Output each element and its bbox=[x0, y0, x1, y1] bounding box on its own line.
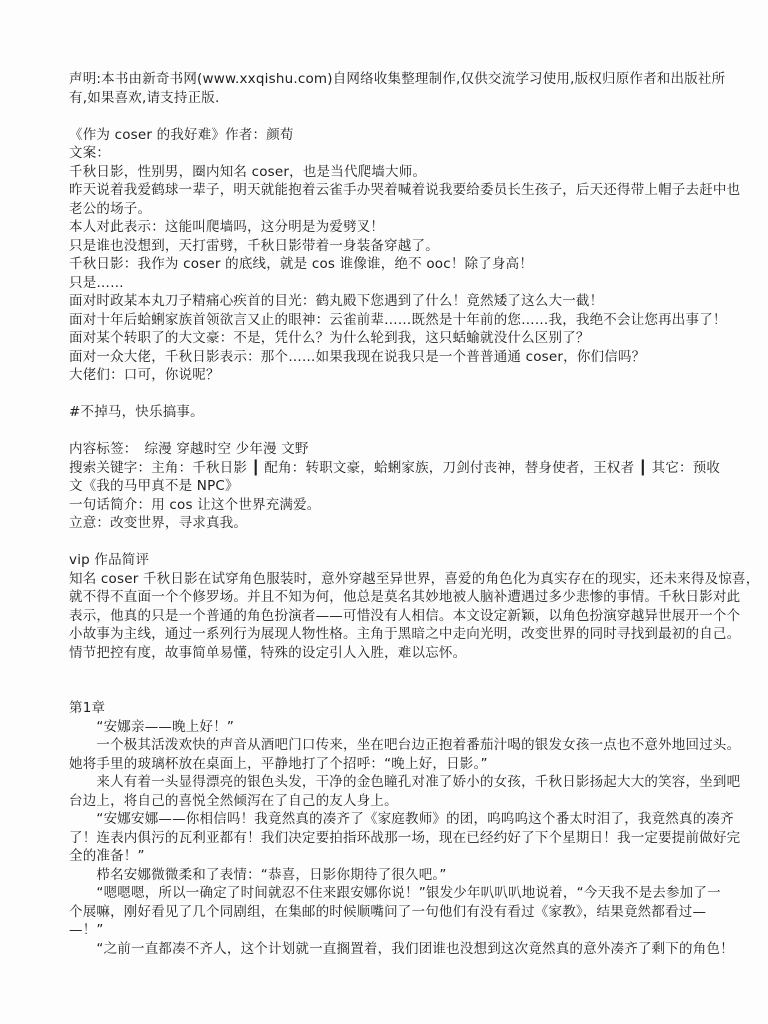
text-line: 千秋日影，性别男，圈内知名 coser，也是当代爬墙大师。 bbox=[69, 163, 714, 182]
section-chapter-1: 第1章 “安娜亲——晚上好！” 一个极其活泼欢快的声音从酒吧门口传来，坐在吧台边… bbox=[69, 699, 714, 958]
section-gap-1 bbox=[69, 107, 714, 126]
text-line: 只是…… bbox=[69, 274, 714, 293]
section-vip-review: vip 作品简评知名 coser 千秋日影在试穿角色服装时，意外穿越至异世界，喜… bbox=[69, 551, 714, 662]
section-gap-4 bbox=[69, 533, 714, 552]
text-line bbox=[69, 422, 714, 441]
text-line: 《作为 coser 的我好难》作者：颜荀 bbox=[69, 126, 714, 145]
text-line: “嗯嗯嗯，所以一确定了时间就忍不住来跟安娜你说！”银发少年叭叭叭地说着，“今天我… bbox=[69, 884, 714, 903]
text-line: 立意：改变世界，寻求真我。 bbox=[69, 514, 714, 533]
text-line: 她将手里的玻璃杯放在桌面上，平静地打了个招呼：“晚上好，日影。” bbox=[69, 755, 714, 774]
section-synopsis: 文案：千秋日影，性别男，圈内知名 coser，也是当代爬墙大师。昨天说着我爱鹤球… bbox=[69, 144, 714, 385]
text-line: 千秋日影：我作为 coser 的底线，就是 cos 谁像谁，绝不 ooc！除了身… bbox=[69, 255, 714, 274]
text-line bbox=[69, 681, 714, 700]
text-line bbox=[69, 385, 714, 404]
text-line: 就不得不直面一个个修罗场。并且不知为何，他总是莫名其妙地被人脑补遭遇过多少悲惨的… bbox=[69, 588, 714, 607]
text-line: 一句话简介：用 cos 让这个世界充满爱。 bbox=[69, 496, 714, 515]
text-line: 面对一众大佬，千秋日影表示：那个……如果我现在说我只是一个普普通通 coser，… bbox=[69, 348, 714, 367]
document-text: 声明:本书由新奇书网(www.xxqishu.com)自网络收集整理制作,仅供交… bbox=[69, 70, 714, 958]
text-line: 面对时政某本丸刀子精痛心疾首的目光：鹤丸殿下您遇到了什么！竟然矮了这么大一截！ bbox=[69, 292, 714, 311]
text-line: 表示，他真的只是一个普通的角色扮演者——可惜没有人相信。本文设定新颖，以角色扮演… bbox=[69, 607, 714, 626]
text-line: 只是谁也没想到，天打雷劈，千秋日影带着一身装备穿越了。 bbox=[69, 237, 714, 256]
text-line: 文案： bbox=[69, 144, 714, 163]
section-gap-5 bbox=[69, 662, 714, 699]
text-line: “安娜亲——晚上好！” bbox=[69, 718, 714, 737]
text-line: 了！连表内俱污的瓦利亚都有！我们决定要拍指环战那一场，现在已经约好了下个星期日！… bbox=[69, 829, 714, 848]
section-gap-2 bbox=[69, 385, 714, 404]
text-line: —！” bbox=[69, 921, 714, 940]
text-line: #不掉马，快乐搞事。 bbox=[69, 403, 714, 422]
text-line: 一个极其活泼欢快的声音从酒吧门口传来，坐在吧台边正抱着番茄汁喝的银发女孩一点也不… bbox=[69, 736, 714, 755]
text-line: 文《我的马甲真不是 NPC》 bbox=[69, 477, 714, 496]
text-line bbox=[69, 533, 714, 552]
text-line: 面对十年后蛤蜊家族首领欲言又止的眼神：云雀前辈……既然是十年前的您……我，我绝不… bbox=[69, 311, 714, 330]
text-line: 台边上，将自己的喜悦全然倾泻在了自己的友人身上。 bbox=[69, 792, 714, 811]
section-gap-3 bbox=[69, 422, 714, 441]
text-line: 搜索关键字：主角：千秋日影 ┃ 配角：转职文豪，蛤蜊家族，刀剑付丧神，替身使者，… bbox=[69, 459, 714, 478]
text-line: 个展嘛，刚好看见了几个同剧组，在集邮的时候顺嘴问了一句他们有没有看过《家教》，结… bbox=[69, 903, 714, 922]
text-line: 有,如果喜欢,请支持正版. bbox=[69, 89, 714, 108]
text-line: 第1章 bbox=[69, 699, 714, 718]
text-line: 面对某个转职了的大文豪：不是，凭什么？为什么轮到我，这只蛞蝓就没什么区别了？ bbox=[69, 329, 714, 348]
section-disclaimer: 声明:本书由新奇书网(www.xxqishu.com)自网络收集整理制作,仅供交… bbox=[69, 70, 714, 107]
text-line: 来人有着一头显得漂亮的银色头发，干净的金色瞳孔对准了娇小的女孩，千秋日影扬起大大… bbox=[69, 773, 714, 792]
section-hashtag: #不掉马，快乐搞事。 bbox=[69, 403, 714, 422]
text-line bbox=[69, 107, 714, 126]
section-tags: 内容标签： 综漫 穿越时空 少年漫 文野搜索关键字：主角：千秋日影 ┃ 配角：转… bbox=[69, 440, 714, 533]
text-line: 内容标签： 综漫 穿越时空 少年漫 文野 bbox=[69, 440, 714, 459]
text-line: 声明:本书由新奇书网(www.xxqishu.com)自网络收集整理制作,仅供交… bbox=[69, 70, 714, 89]
text-line: 老公的场子。 bbox=[69, 200, 714, 219]
text-line: vip 作品简评 bbox=[69, 551, 714, 570]
text-line: 栉名安娜微微柔和了表情：“恭喜，日影你期待了很久吧。” bbox=[69, 866, 714, 885]
text-line: 情节把控有度，故事简单易懂，特殊的设定引人入胜，难以忘怀。 bbox=[69, 644, 714, 663]
text-line: 小故事为主线，通过一系列行为展现人物性格。主角于黑暗之中走向光明，改变世界的同时… bbox=[69, 625, 714, 644]
text-line: 全的准备！” bbox=[69, 847, 714, 866]
text-line bbox=[69, 662, 714, 681]
text-line: 昨天说着我爱鹤球一辈子，明天就能抱着云雀手办哭着喊着说我要给委员长生孩子，后天还… bbox=[69, 181, 714, 200]
text-line: 本人对此表示：这能叫爬墙吗，这分明是为爱劈叉！ bbox=[69, 218, 714, 237]
text-line: 大佬们：口可，你说呢？ bbox=[69, 366, 714, 385]
text-line: “之前一直都凑不齐人，这个计划就一直搁置着，我们团谁也没想到这次竟然真的意外凑齐… bbox=[69, 940, 714, 959]
text-line: “安娜安娜——你相信吗！我竟然真的凑齐了《家庭教师》的团，呜呜呜这个番太时泪了，… bbox=[69, 810, 714, 829]
section-title-author: 《作为 coser 的我好难》作者：颜荀 bbox=[69, 126, 714, 145]
text-line: 知名 coser 千秋日影在试穿角色服装时，意外穿越至异世界，喜爱的角色化为真实… bbox=[69, 570, 714, 589]
document-page: 声明:本书由新奇书网(www.xxqishu.com)自网络收集整理制作,仅供交… bbox=[0, 0, 768, 1024]
